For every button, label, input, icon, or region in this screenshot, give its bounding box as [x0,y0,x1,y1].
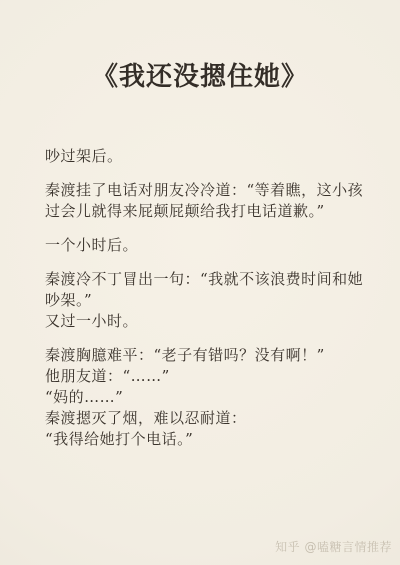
story-title: 《我还没摁住她》 [0,0,400,94]
story-page: 《我还没摁住她》 吵过架后。 秦渡挂了电话对朋友冷冷道：“等着瞧，这小孩 过会儿… [0,0,400,565]
text-line: 吵架。” [45,290,364,311]
text-line: 过会儿就得来屁颠屁颠给我打电话道歉。” [45,201,364,222]
text-line: 秦渡挂了电话对朋友冷冷道：“等着瞧，这小孩 [45,180,364,201]
text-line: 秦渡冷不丁冒出一句：“我就不该浪费时间和她 [45,269,364,290]
paragraph: 秦渡挂了电话对朋友冷冷道：“等着瞧，这小孩 过会儿就得来屁颠屁颠给我打电话道歉。… [45,180,364,222]
text-line: “我得给她打个电话。” [45,429,364,450]
zhihu-watermark: 知乎 @嗑糖言情推荐 [275,538,392,555]
paragraph: 吵过架后。 [45,146,364,167]
story-body: 吵过架后。 秦渡挂了电话对朋友冷冷道：“等着瞧，这小孩 过会儿就得来屁颠屁颠给我… [45,146,364,463]
paragraph: 秦渡胸臆难平：“老子有错吗？没有啊！” 他朋友道：“……” “妈的……” 秦渡摁… [45,345,364,450]
paragraph: 秦渡冷不丁冒出一句：“我就不该浪费时间和她 吵架。” 又过一小时。 [45,269,364,332]
text-line: 秦渡摁灭了烟，难以忍耐道： [45,408,364,429]
text-line: 他朋友道：“……” [45,366,364,387]
text-line: “妈的……” [45,387,364,408]
text-line: 秦渡胸臆难平：“老子有错吗？没有啊！” [45,345,364,366]
text-line: 吵过架后。 [45,146,364,167]
text-line: 又过一小时。 [45,311,364,332]
text-line: 一个小时后。 [45,235,364,256]
paragraph: 一个小时后。 [45,235,364,256]
